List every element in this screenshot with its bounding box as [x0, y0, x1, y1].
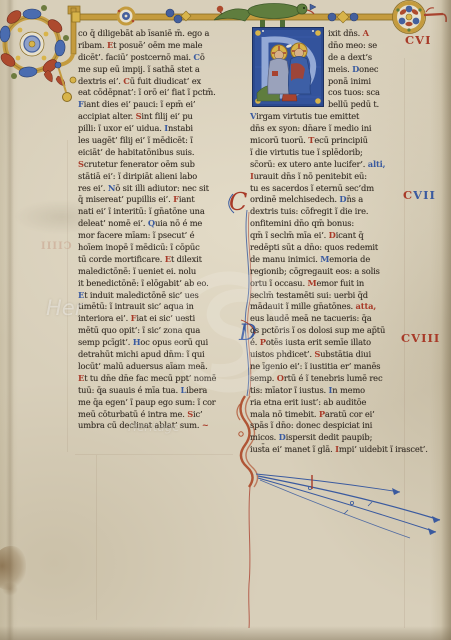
text-line: dextris tuis: cōfregit ĩ die ire.	[250, 206, 392, 218]
text-line: meū cōturbatū é intra me. Sic’	[78, 409, 228, 421]
text-line: mala nō timebit. Paratū cor ei’	[250, 409, 392, 421]
text-line: de manu inimici. Memoria de	[250, 254, 392, 266]
text-line: Fiant dies ei’ pauci: ĩ epm̄ ei’	[78, 99, 228, 111]
text-line: pilli: ĩ uxor ei’ uidua. Instabi	[78, 123, 228, 135]
text-line: redēpti sūt a dn̄o: quos redemit	[250, 242, 392, 254]
text-line: Virgam virtutis tue emittet	[250, 111, 392, 123]
text-line: ordinē melchisedech. Dn̄s a	[250, 194, 392, 206]
chapter-numeral-cviii: CVIII	[401, 331, 440, 345]
text-line: uistos phdicet’. Substātia diui	[250, 349, 392, 361]
text-line: sc̄orū: ex utero ante lucifer’. alti,	[250, 159, 392, 171]
bar-medallion	[118, 8, 135, 24]
text-line: tū corde mortificare. Et dilexit	[78, 254, 228, 266]
text-line: stātiā ei’: ĩ diripiāt alieni labo	[78, 171, 228, 183]
text-line: ortu ĩ occasu. Memor fuit in	[250, 278, 392, 290]
page-edge-right	[441, 0, 451, 640]
chapter-numeral-cvii: CVII	[403, 188, 436, 202]
text-line: co q̄ diligebāt ab īsaniē m̄. ego a	[78, 28, 228, 40]
miniature-space	[250, 28, 328, 110]
text-line: Et tu dn̄e dn̄e fac mecū ppt’ nomē	[78, 373, 228, 385]
text-line: detrahūt michi apud dn̄m: ĩ qui	[78, 349, 228, 361]
text-line: les uagēt’ filij ei’ ĩ mēdicēt: ĩ	[78, 135, 228, 147]
text-line: timētū: ĩ intrauit sic’ aqua in	[78, 301, 228, 313]
ruling-line-bottom	[75, 454, 233, 455]
text-line: tis: mīator ĩ iustus. In memo	[250, 385, 392, 397]
ruling-line-left	[67, 140, 68, 452]
text-line: spās ĩ dn̄o: donec despiciat ini	[250, 420, 392, 432]
text-line: semp pcīgit’. Hoc opus eorū qui	[78, 337, 228, 349]
text-line: onfitemini dn̄o qm̄ bonus:	[250, 218, 392, 230]
text-line: ne īgenio ei’: ĩ iustitia er’ manēs	[250, 361, 392, 373]
text-line: micos. Dispersit dedit paupib;	[250, 432, 392, 444]
text-line: dicēt’. faciū’ postcernō mai. Cō	[78, 52, 228, 64]
manuscript-page: CIIII	[0, 0, 451, 640]
text-line: ribam. Et posuē’ oēm me male	[78, 40, 228, 52]
text-line: ĩ die virtutis tue ĩ splēdorib;	[250, 147, 392, 159]
text-line: dextris ei’. Cū fuit diudicat’ ex	[78, 76, 228, 88]
text-line: me q̄a egen’ ĩ paup ego sum: ĩ cor	[78, 397, 228, 409]
text-line: micorū tuorū. Tecū principiū	[250, 135, 392, 147]
text-line: umbra cū declinat ablat’ sum. ~	[78, 420, 228, 432]
page-edge-bottom	[0, 626, 451, 640]
text-line: Iurauit dn̄s ĩ nō penitebit eū:	[250, 171, 392, 183]
text-line: tu es sacerdos ĩ eternū sec’dm	[250, 183, 392, 195]
bar-knot	[166, 9, 191, 23]
pen-flourish-rays	[248, 458, 448, 544]
text-line: me sup eū impij. ĩ sathā stet a	[78, 64, 228, 76]
text-line: os pctōris ĩ os dolosi sup me ap̄tū	[250, 325, 392, 337]
text-line: Et induit maledictōnē sic’ ues	[78, 290, 228, 302]
text-line: deleat’ nomē ei’. Quia nō é me	[78, 218, 228, 230]
text-line: eat cōdēpnat’: ĩ orō ei’ fiat ĩ pctm̄.	[78, 87, 228, 99]
text-column-left: co q̄ diligebāt ab īsaniē m̄. ego aribam…	[78, 28, 228, 432]
text-line: mētū quo opit’: ĩ sic’ zona qua	[78, 325, 228, 337]
text-line: semp. Ortū é ĩ tenebris lumē rec	[250, 373, 392, 385]
text-line: accipiat alter. Sint filij ei’ pu	[78, 111, 228, 123]
initial-c-red: C	[229, 188, 247, 216]
text-line: mādauit ĩ mille gn̄atōnes. atta,	[250, 301, 392, 313]
text-line: nati ei’ ĩ interitū: ĩ gn̄atōne una	[78, 206, 228, 218]
text-column-right: ixit dn̄s. Adn̄o meo: sede a dext’smeis.…	[250, 28, 392, 456]
ruling-line-lower-left	[96, 455, 97, 620]
small-stain	[2, 582, 18, 596]
text-line: eiciāt’ de habitatōnibus suis.	[78, 147, 228, 159]
text-line: q̄ misereat’ pupillis ei’. Fiant	[78, 194, 228, 206]
chapter-numeral-cvi: CVI	[405, 33, 431, 47]
text-line: é. Potēs iusta erit semīe illato	[250, 337, 392, 349]
text-line: res ei’. Nō sit illi adiutor: nec sit	[78, 183, 228, 195]
text-line: eus laudē meā ne tacueris: q̄a	[250, 313, 392, 325]
text-line: qm̄ ĩ seclm̄ mīa ei’. Dicant q̄	[250, 230, 392, 242]
text-line: hoīem inopē ĩ mēdicū: ĩ cōpūc	[78, 242, 228, 254]
text-line: it benedictōnē: ĩ elōgabit’ ab eo.	[78, 278, 228, 290]
text-line: mor facere mīam: ĩ psecut’ é	[78, 230, 228, 242]
text-line: ria etna erit iust’: ab auditōe	[250, 397, 392, 409]
text-line: seclm̄ testamēti sui: uerbi q̄d	[250, 290, 392, 302]
text-line: regionib; cōgregauit eos: a solis	[250, 266, 392, 278]
text-line: tuū: q̄a suauis é mīa tua. Libera	[78, 385, 228, 397]
bar-trio-ornament	[328, 11, 358, 23]
text-line: iust̄a ei’ manet ĩ glā. Impi’ uidebit ĩ …	[250, 444, 392, 456]
text-line: Scrutetur fenerator oēm sub	[78, 159, 228, 171]
text-line: interiora ei’. Fiat ei sic’ uesti	[78, 313, 228, 325]
text-line: locūt’ malū aduersus aīam meā.	[78, 361, 228, 373]
text-line: maledictōnē: ĩ ueniet ei. nolu	[78, 266, 228, 278]
text-line: dn̄s ex syon: dn̄are ĩ medio ini	[250, 123, 392, 135]
